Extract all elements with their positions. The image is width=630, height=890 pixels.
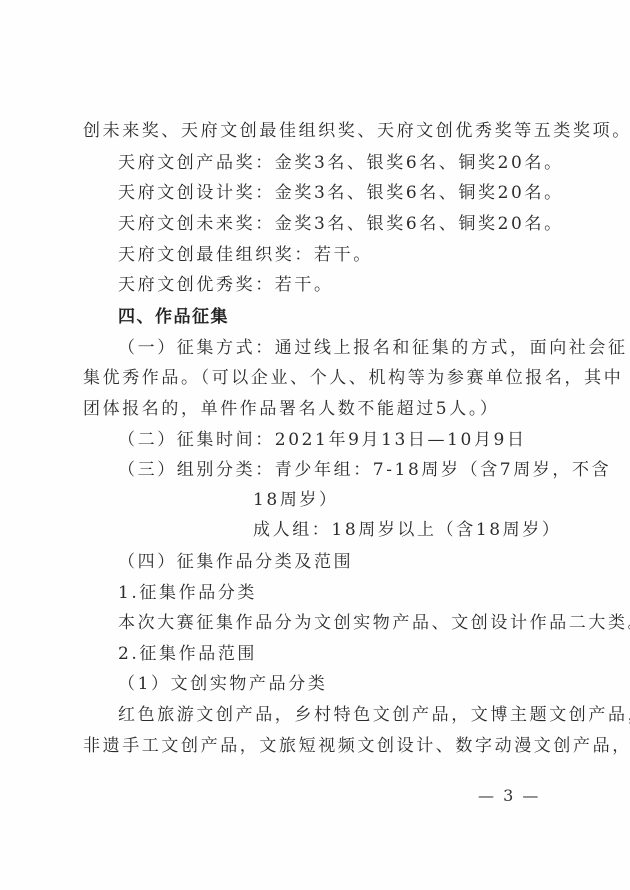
subheading-work-categories: 1.征集作品分类	[118, 581, 257, 605]
physical-products-line-2: 非遗手工文创产品，文旅短视频文创设计、数字动漫文创产品，	[83, 734, 630, 758]
page-number: — 3 —	[478, 784, 540, 808]
group-category-line-1: （三）组别分类：青少年组：7-18周岁（含7周岁，不含	[118, 458, 611, 482]
award-future-line: 天府文创未来奖：金奖3名、银奖6名、铜奖20名。	[118, 212, 564, 236]
collection-method-line-1: （一）征集方式：通过线上报名和征集的方式，面向社会征	[118, 336, 628, 360]
paragraph-line-awards-summary: 创未来奖、天府文创最佳组织奖、天府文创优秀奖等五类奖项。	[83, 119, 630, 143]
group-category-line-2: 18周岁）	[253, 488, 339, 512]
award-design-line: 天府文创设计奖：金奖3名、银奖6名、铜奖20名。	[118, 181, 564, 205]
collection-method-line-2: 集优秀作品。（可以企业、个人、机构等为参赛单位报名，其中	[83, 366, 623, 390]
subheading-work-scope: 2.征集作品范围	[118, 642, 257, 666]
group-adult-line: 成人组：18周岁以上（含18周岁）	[253, 518, 561, 542]
section-heading-work-collection: 四、作品征集	[118, 305, 229, 329]
award-excellence-line: 天府文创优秀奖：若干。	[118, 273, 334, 297]
physical-products-line-1: 红色旅游文创产品，乡村特色文创产品，文博主题文创产品，	[118, 703, 630, 727]
collection-method-line-3: 团体报名的，单件作品署名人数不能超过5人。）	[83, 397, 500, 421]
document-page: 创未来奖、天府文创最佳组织奖、天府文创优秀奖等五类奖项。 天府文创产品奖：金奖3…	[0, 0, 630, 890]
subheading-physical-products: （1）文创实物产品分类	[118, 672, 327, 696]
collection-time-line: （二）征集时间：2021年9月13日—10月9日	[118, 428, 527, 452]
award-organization-line: 天府文创最佳组织奖：若干。	[118, 243, 373, 267]
work-categories-text: 本次大赛征集作品分为文创实物产品、文创设计作品二大类。	[118, 611, 630, 635]
award-product-line: 天府文创产品奖：金奖3名、银奖6名、铜奖20名。	[118, 151, 564, 175]
subsection-heading-categories-scope: （四）征集作品分类及范围	[118, 550, 353, 574]
